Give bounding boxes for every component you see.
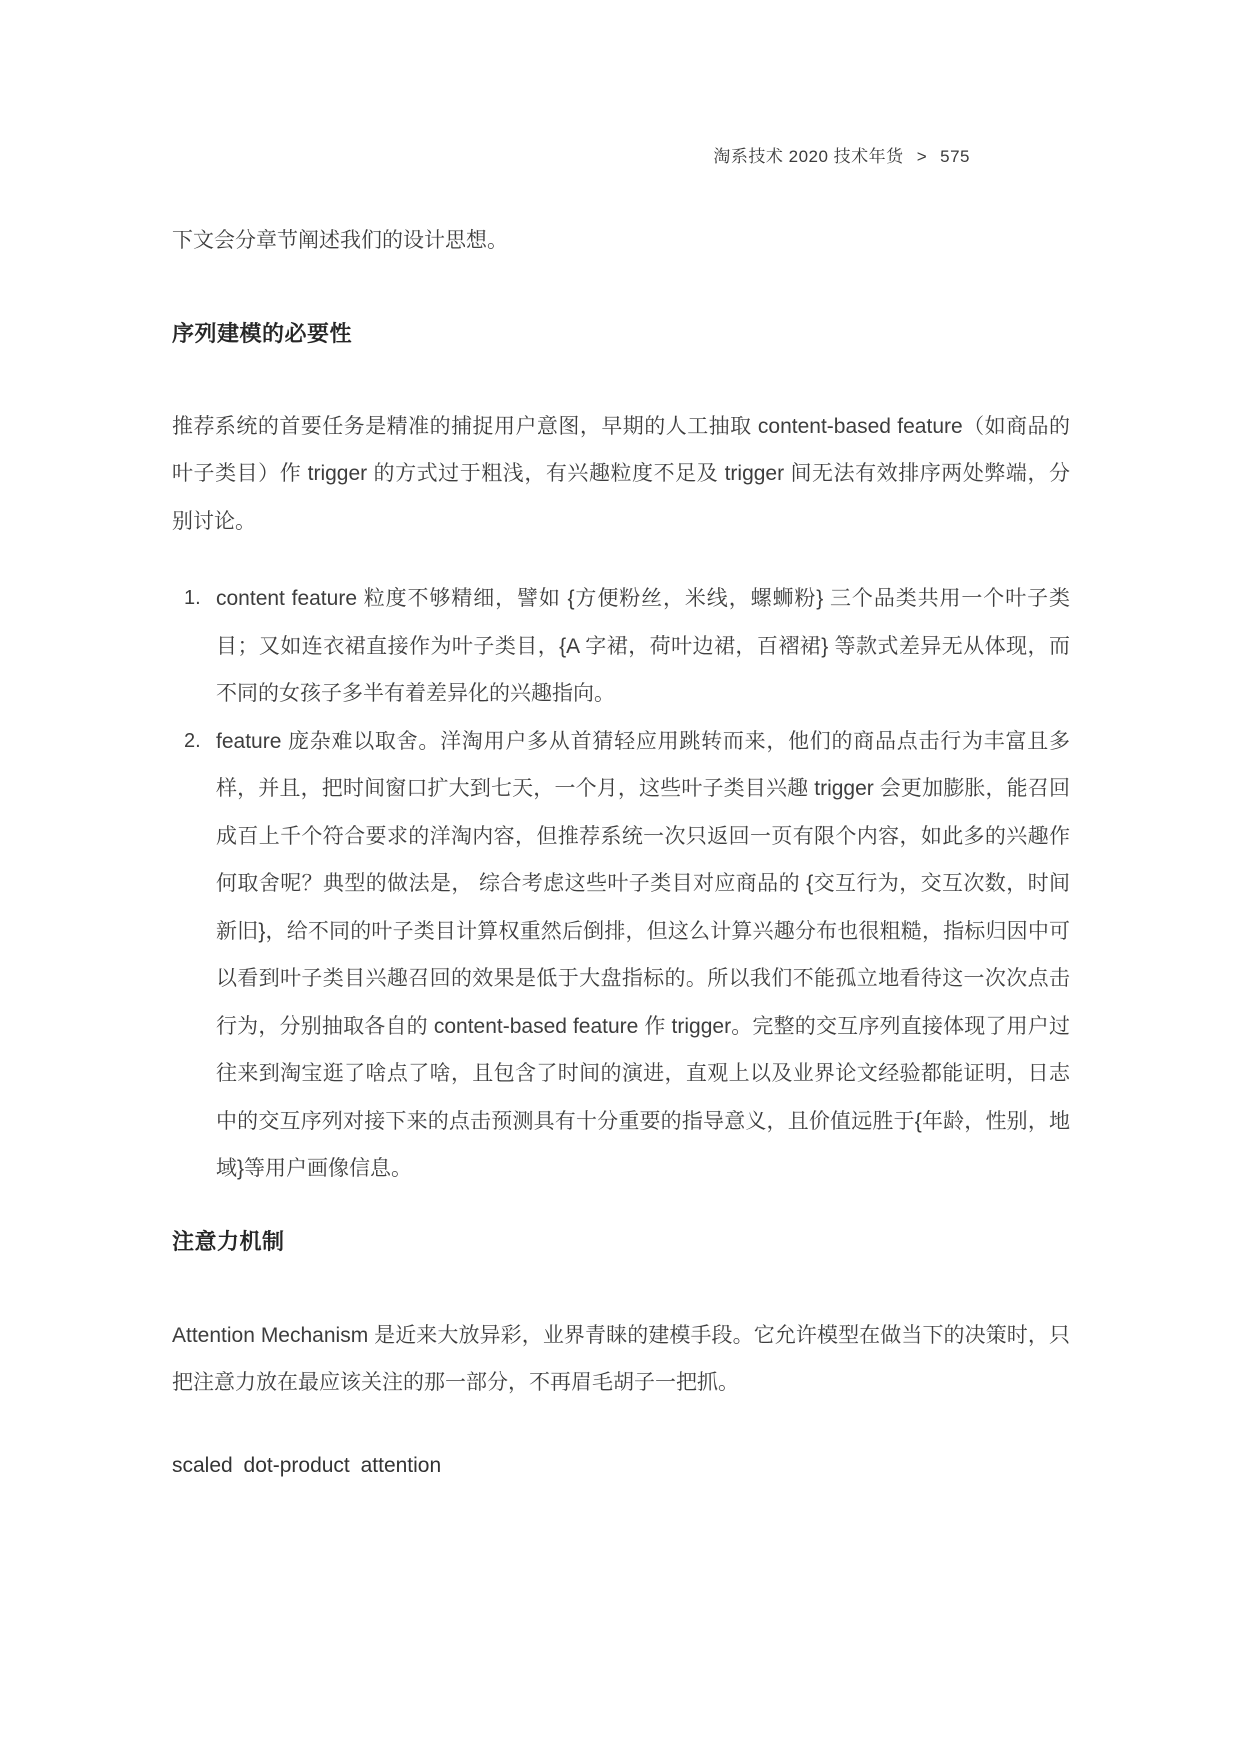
list-item-1: 1. content feature 粒度不够精细，譬如 {方便粉丝，米线，螺蛳… <box>172 575 1070 718</box>
header-title: 淘系技术 2020 技术年货 <box>713 147 903 166</box>
drawbacks-list: 1. content feature 粒度不够精细，譬如 {方便粉丝，米线，螺蛳… <box>172 575 1070 1193</box>
subheading-scaled-dot-product-attention: scaled dot-product attention <box>172 1451 1070 1481</box>
page-number: 575 <box>940 147 970 166</box>
header-separator: > <box>917 147 927 166</box>
list-item-2-number: 2. <box>184 718 201 766</box>
list-item-1-text: content feature 粒度不够精细，譬如 {方便粉丝，米线，螺蛳粉} … <box>216 575 1070 718</box>
intro-paragraph: 下文会分章节阐述我们的设计思想。 <box>172 217 1070 265</box>
section-heading-attention: 注意力机制 <box>172 1227 1070 1257</box>
list-item-2-text: feature 庞杂难以取舍。洋淘用户多从首猜轻应用跳转而来，他们的商品点击行为… <box>216 718 1070 1193</box>
section-heading-sequence-modeling: 序列建模的必要性 <box>172 319 1070 349</box>
list-item-1-number: 1. <box>184 575 201 623</box>
page-header: 淘系技术 2020 技术年货>575 <box>172 145 1070 169</box>
document-page: 淘系技术 2020 技术年货>575 下文会分章节阐述我们的设计思想。 序列建模… <box>0 0 1240 1481</box>
list-item-2: 2. feature 庞杂难以取舍。洋淘用户多从首猜轻应用跳转而来，他们的商品点… <box>172 718 1070 1193</box>
sequence-modeling-paragraph: 推荐系统的首要任务是精准的捕捉用户意图，早期的人工抽取 content-base… <box>172 403 1070 546</box>
attention-paragraph: Attention Mechanism 是近来大放异彩，业界青睐的建模手段。它允… <box>172 1312 1070 1407</box>
